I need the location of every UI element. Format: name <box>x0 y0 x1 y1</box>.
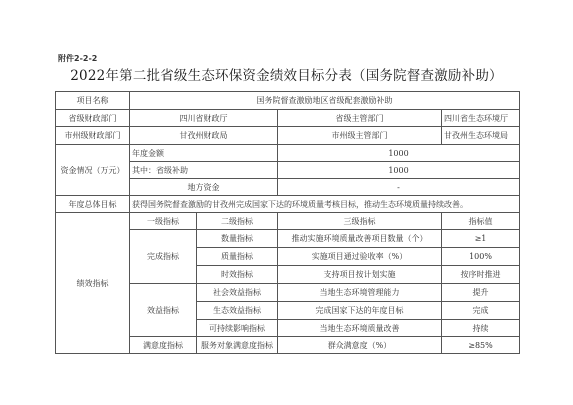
level3-cell: 支持项目按计划实施 <box>278 266 442 284</box>
funds-annual-label: 年度金额 <box>130 145 278 162</box>
municipal-finance-value: 甘孜州财政局 <box>130 127 278 145</box>
provincial-finance-value: 四川省财政厅 <box>130 110 278 127</box>
level2-cell: 生态效益指标 <box>197 302 278 320</box>
level2-cell: 可持续影响指标 <box>197 320 278 337</box>
row-municipal-finance: 市州级财政部门 甘孜州财政局 市州级主管部门 甘孜州生态环境局 <box>56 127 520 145</box>
funds-local-label: 地方资金 <box>130 179 278 196</box>
provincial-supervisor-label: 省级主管部门 <box>278 110 442 127</box>
municipal-finance-label: 市州级财政部门 <box>56 127 130 145</box>
municipal-supervisor-label: 市州级主管部门 <box>278 127 442 145</box>
attachment-label: 附件2-2-2 <box>58 53 97 64</box>
level2-cell: 社会效益指标 <box>197 284 278 302</box>
value-cell: 按序时推进 <box>442 266 520 284</box>
level2-cell: 数量指标 <box>197 230 278 248</box>
header-value: 指标值 <box>442 213 520 230</box>
level2-cell: 服务对象满意度指标 <box>197 337 278 354</box>
value-cell: ≥85% <box>442 337 520 354</box>
funds-local-value: - <box>278 179 520 196</box>
level2-cell: 质量指标 <box>197 248 278 266</box>
value-cell: 提升 <box>442 284 520 302</box>
funds-provincial-value: 1000 <box>278 162 520 179</box>
row-funds-annual: 资金情况（万元） 年度金额 1000 <box>56 145 520 162</box>
level2-cell: 时效指标 <box>197 266 278 284</box>
value-cell: 完成 <box>442 302 520 320</box>
performance-target-table: 项目名称 国务院督查激励地区省级配套激励补助 省级财政部门 四川省财政厅 省级主… <box>55 91 520 354</box>
level3-cell: 当地生态环境管理能力 <box>278 284 442 302</box>
level1-benefit: 效益指标 <box>130 284 197 337</box>
row-provincial-finance: 省级财政部门 四川省财政厅 省级主管部门 四川省生态环境厅 <box>56 110 520 127</box>
funds-provincial-label: 其中：省级补助 <box>130 162 278 179</box>
project-name-value: 国务院督查激励地区省级配套激励补助 <box>130 92 520 110</box>
level3-cell: 实施项目通过验收率（%） <box>278 248 442 266</box>
performance-label: 绩效指标 <box>56 213 130 354</box>
row-project-name: 项目名称 国务院督查激励地区省级配套激励补助 <box>56 92 520 110</box>
document-title: 2022年第二批省级生态环保资金绩效目标分表（国务院督查激励补助） <box>0 64 573 84</box>
municipal-supervisor-value: 甘孜州生态环境局 <box>442 127 520 145</box>
row-annual-goal: 年度总体目标 获得国务院督查激励的甘孜州完成国家下达的环境质量考核目标，推动生态… <box>56 196 520 213</box>
value-cell: ≥1 <box>442 230 520 248</box>
level3-cell: 推动实施环境质量改善项目数量（个） <box>278 230 442 248</box>
annual-goal-value: 获得国务院督查激励的甘孜州完成国家下达的环境质量考核目标，推动生态环境质量持续改… <box>130 196 520 213</box>
level3-cell: 当地生态环境质量改善 <box>278 320 442 337</box>
value-cell: 100% <box>442 248 520 266</box>
header-level2: 二级指标 <box>197 213 278 230</box>
header-level1: 一级指标 <box>130 213 197 230</box>
provincial-finance-label: 省级财政部门 <box>56 110 130 127</box>
level1-satisfaction: 满意度指标 <box>130 337 197 354</box>
level3-cell: 完成国家下达的年度目标 <box>278 302 442 320</box>
funds-label: 资金情况（万元） <box>56 145 130 196</box>
funds-annual-value: 1000 <box>278 145 520 162</box>
level3-cell: 群众满意度（%） <box>278 337 442 354</box>
level1-completion: 完成指标 <box>130 230 197 284</box>
value-cell: 持续 <box>442 320 520 337</box>
provincial-supervisor-value: 四川省生态环境厅 <box>442 110 520 127</box>
row-indicator-header: 绩效指标 一级指标 二级指标 三级指标 指标值 <box>56 213 520 230</box>
header-level3: 三级指标 <box>278 213 442 230</box>
annual-goal-label: 年度总体目标 <box>56 196 130 213</box>
project-name-label: 项目名称 <box>56 92 130 110</box>
